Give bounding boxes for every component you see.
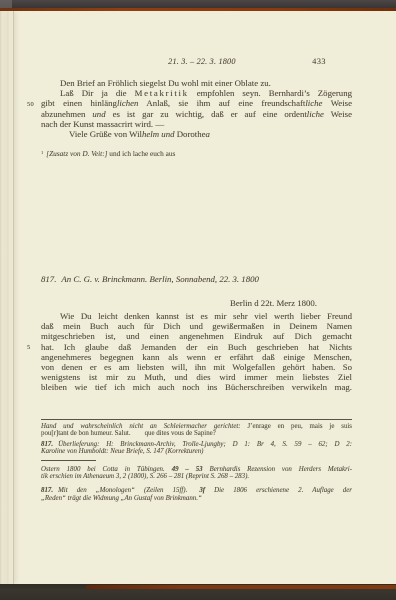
text-segment: 817. <box>41 274 56 284</box>
text-segment: liche <box>305 98 322 108</box>
text-segment: und <box>92 109 105 119</box>
text-segment: [Zusatz von D. Veit:] <box>46 149 107 158</box>
text-line: tik erschien im Athenaeum 3, 2 (1800), S… <box>41 473 352 481</box>
text-segment: J’enrage en peu, mais je suis <box>241 423 352 430</box>
page-stack-left-edge <box>0 11 14 584</box>
apparatus-2: 817.Überlieferung: H: Brinckmann-Archiv,… <box>41 441 352 457</box>
page-surface: 21. 3. – 22. 3. 1800 433 Den Brief an Fr… <box>0 11 396 584</box>
book-cover-line-bottom <box>86 585 396 589</box>
text-line: 817.An C. G. v. Brinckmann. Berlin, Sonn… <box>41 274 352 284</box>
text-segment: hat. Ich glaube daß Jemanden der ein Buc… <box>41 342 352 352</box>
running-head-date: 21. 3. – 22. 3. 1800 <box>168 57 235 67</box>
text-segment: es ist gar zu wichtig, daß er auf eine o… <box>106 109 307 119</box>
text-segment: que dites vous de Sapine? <box>145 430 216 437</box>
text-line: Wie Du leicht denken kannst ist es mir s… <box>41 311 352 321</box>
text-segment: Berlin d 22t. Merz 1800. <box>230 298 317 308</box>
text-segment: Anlaß, sie ihm auf eine freundschaft <box>138 98 305 108</box>
text-line: Berlin d 22t. Merz 1800. <box>41 298 352 308</box>
rule-main <box>41 419 352 420</box>
text-segment: nach der Kunst massacrirt wird. — <box>41 119 164 129</box>
text-segment: und <box>161 129 174 139</box>
text-segment: Wie Du leicht denken kannst ist es mir s… <box>60 311 352 321</box>
margin-line-number: 50 <box>27 100 34 110</box>
text-line: wenigstens ist mir zu Muth, und dies wir… <box>41 372 352 382</box>
text-line: 5hat. Ich glaube daß Jemanden der ein Bu… <box>41 342 352 352</box>
commentary-2: 817.Mit den „Monologen“ (Zeilen 15ff).3f… <box>41 487 352 503</box>
text-line: daß mein Buch auch für Dich und gewißerm… <box>41 321 352 331</box>
page-stack-edge-top-left <box>0 0 12 8</box>
text-segment: Bernhardis Rezension von Herders Metakri… <box>203 466 352 473</box>
text-line: angenehmeres begegnen kann als wenn er e… <box>41 352 352 362</box>
text-segment: Überlieferung: H: Brinckmann-Archiv, Tro… <box>58 441 352 448</box>
text-line: Viele Grüße von Wilhelm und Dorothea <box>41 129 352 139</box>
text-blocks: Den Brief an Fröhlich siegelst Du wohl m… <box>41 78 352 503</box>
text-segment: lichen <box>117 98 139 108</box>
text-segment: empfohlen seyn. Bernhardi’s Zögerung <box>189 88 352 98</box>
text-line: Karoline von Humboldt: Neue Briefe, S. 1… <box>41 448 352 456</box>
text-line: Den Brief an Fröhlich siegelst Du wohl m… <box>41 78 352 88</box>
text-segment: daß mein Buch auch für Dich und gewißerm… <box>41 321 352 331</box>
text-segment: Metakritik <box>135 88 189 98</box>
text-segment: 1 <box>41 150 43 155</box>
text-line: Laß Dir ja die Metakritik empfohlen seyn… <box>41 88 352 98</box>
text-segment: und ich lache euch aus <box>107 149 175 158</box>
text-line: abzunehmen und es ist gar zu wichtig, da… <box>41 109 352 119</box>
page-number: 433 <box>312 57 326 67</box>
text-segment: Ostern 1800 bei Cotta in Tübingen. <box>41 466 165 473</box>
text-segment: a <box>206 129 210 139</box>
text-segment: Karoline von Humboldt: Neue Briefe, S. 1… <box>41 448 203 455</box>
letter-816-para-2: Laß Dir ja die Metakritik empfohlen seyn… <box>41 88 352 139</box>
text-segment: Die 1806 erschienene 2. Auflage der <box>205 487 352 494</box>
text-segment: 817. <box>41 487 53 494</box>
text-segment: Mit den „Monologen“ (Zeilen 15ff). <box>58 487 187 494</box>
text-segment: 817. <box>41 441 53 448</box>
text-segment: tik erschien im Athenaeum 3, 2 (1800), S… <box>41 473 249 480</box>
text-line: „Reden“ trägt die Widmung „An Gustaf von… <box>41 495 352 503</box>
text-segment: helm <box>142 129 159 139</box>
text-segment: Weise <box>324 109 352 119</box>
text-segment: Laß Dir ja die <box>60 88 135 98</box>
letter-816-para-1: Den Brief an Fröhlich siegelst Du wohl m… <box>41 78 352 88</box>
text-segment: Weise <box>322 98 352 108</box>
text-segment: wenigstens ist mir zu Muth, und dies wir… <box>41 372 352 382</box>
spacer <box>131 434 145 435</box>
text-segment: Dorothe <box>175 129 206 139</box>
text-line: pou[r]tant de bon humeur. Salut.que dite… <box>41 430 352 438</box>
text-segment: liche <box>307 109 324 119</box>
letter-817-dateline: Berlin d 22t. Merz 1800. <box>41 298 352 308</box>
letter-817-para: Wie Du leicht denken kannst ist es mir s… <box>41 311 352 393</box>
text-line: 817.Mit den „Monologen“ (Zeilen 15ff).3f… <box>41 487 352 495</box>
text-segment: pou[r]tant de bon humeur. Salut. <box>41 430 131 437</box>
text-segment: „Reden“ trägt die Widmung „An Gustaf von… <box>41 495 202 502</box>
text-segment: Hand und wahrscheinlich nicht an Schleie… <box>41 423 241 430</box>
footnote-816: 1[Zusatz von D. Veit:] und ich lache euc… <box>41 150 352 159</box>
text-segment: gibt einen hinläng <box>41 98 117 108</box>
text-segment: mitgeschrieben ist, und einen angenehmen… <box>41 331 352 341</box>
book-edge-top-band <box>0 0 396 8</box>
apparatus-1: Hand und wahrscheinlich nicht an Schleie… <box>41 423 352 439</box>
spacer <box>165 470 172 471</box>
rule-short <box>41 460 96 461</box>
text-line: mitgeschrieben ist, und einen angenehmen… <box>41 331 352 341</box>
text-line: bleiben wie tief ich mich auch noch ins … <box>41 382 352 392</box>
text-area: 21. 3. – 22. 3. 1800 433 Den Brief an Fr… <box>41 11 352 503</box>
commentary-1: Ostern 1800 bei Cotta in Tübingen.49 – 5… <box>41 466 352 482</box>
text-line: 50gibt einen hinlänglichen Anlaß, sie ih… <box>41 98 352 108</box>
text-segment: Viele Grüße von Wil <box>69 129 142 139</box>
text-segment: Den Brief an Fröhlich siegelst Du wohl m… <box>60 78 271 88</box>
text-segment: von denen er es am liebsten will, ihn mi… <box>41 362 352 372</box>
text-line: 1[Zusatz von D. Veit:] und ich lache euc… <box>41 150 352 159</box>
running-header: 21. 3. – 22. 3. 1800 433 <box>41 57 352 67</box>
text-segment: bleiben wie tief ich mich auch noch ins … <box>41 382 352 392</box>
text-line: Hand und wahrscheinlich nicht an Schleie… <box>41 423 352 431</box>
text-segment: angenehmeres begegnen kann als wenn er e… <box>41 352 352 362</box>
spacer <box>187 491 199 492</box>
text-segment: An C. G. v. Brinckmann. Berlin, Sonnaben… <box>61 274 259 284</box>
text-segment: abzunehmen <box>41 109 92 119</box>
margin-line-number: 5 <box>27 343 31 353</box>
letter-817-heading: 817.An C. G. v. Brinckmann. Berlin, Sonn… <box>41 274 352 284</box>
scanned-book-page: 21. 3. – 22. 3. 1800 433 Den Brief an Fr… <box>0 0 396 600</box>
text-segment: 49 – 53 <box>172 466 203 473</box>
text-line: nach der Kunst massacrirt wird. — <box>41 119 352 129</box>
text-line: von denen er es am liebsten will, ihn mi… <box>41 362 352 372</box>
